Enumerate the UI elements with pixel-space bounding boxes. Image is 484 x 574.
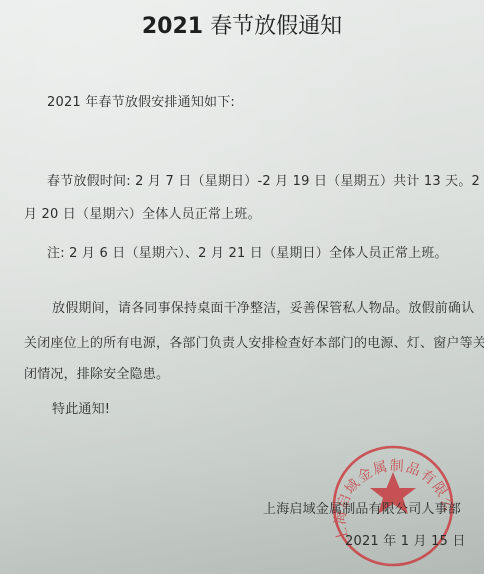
paper-shading [0, 0, 484, 574]
date-line: 2021 年 1 月 15 日 [345, 534, 466, 549]
paragraph-line-1: 放假期间，请各同事保持桌面干净整洁，妥善保管私人物品。放假前确认 [52, 301, 474, 316]
paragraph-line-3: 闭情况，排除安全隐患。 [24, 367, 169, 382]
signature-line: 上海启域金属制品有限公司人事部 [263, 502, 461, 517]
intro-line: 2021 年春节放假安排通知如下: [47, 95, 235, 110]
note-line: 注: 2 月 6 日（星期六）、2 月 21 日（星期日）全体人员正常上班。 [47, 246, 448, 261]
company-seal: 上海启域金属制品有限公司 [0, 0, 484, 574]
seal-text: 上海启域金属制品有限公司 [0, 0, 457, 543]
title-text: 春节放假通知 [203, 14, 342, 39]
closing-line: 特此通知! [52, 402, 110, 417]
paragraph-line-2: 关闭座位上的所有电源，各部门负责人安排检查好本部门的电源、灯、窗户等关 [24, 336, 484, 351]
page-title: 2021 春节放假通知 [0, 14, 484, 40]
schedule-line-2: 月 20 日（星期六）全体人员正常上班。 [24, 207, 261, 222]
title-year: 2021 [142, 14, 203, 39]
schedule-line-1: 春节放假时间: 2 月 7 日（星期日）-2 月 19 日（星期五）共计 13 … [47, 174, 480, 189]
